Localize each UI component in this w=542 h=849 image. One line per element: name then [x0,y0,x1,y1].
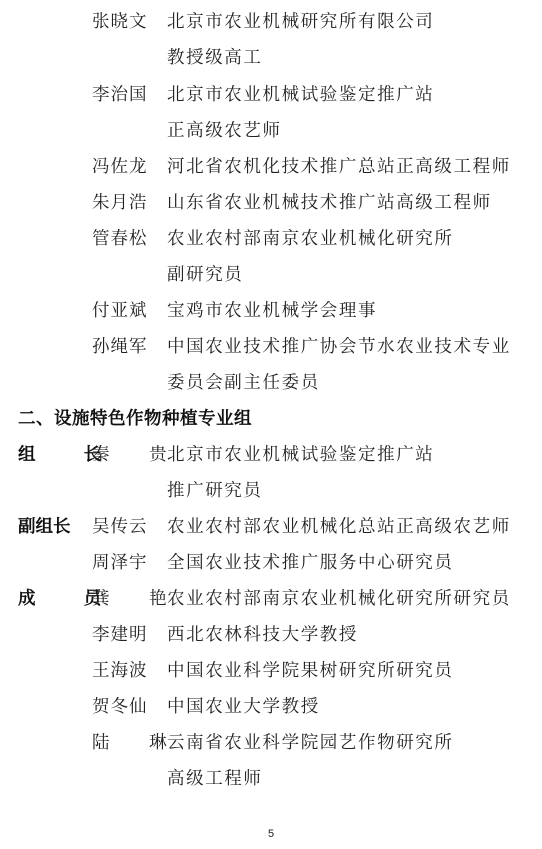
member-affiliation: 高级工程师 [167,761,263,797]
section-heading: 二、设施特色作物种植专业组 [18,401,252,437]
member-name: 冯佐龙 [92,149,162,185]
leader-affiliation: 推广研究员 [167,473,263,509]
member-affiliation: 西北农林科技大学教授 [167,617,358,653]
member-affiliation: 云南省农业科学院园艺作物研究所 [167,725,454,761]
member-affiliation: 委员会副主任委员 [167,365,320,401]
member-affiliation: 副研究员 [167,257,243,293]
member-name: 朱月浩 [92,185,162,221]
member-name: 付亚斌 [92,293,162,329]
deputy-name: 吴传云 [92,509,162,545]
deputy-affiliation: 农业农村部农业机械化总站正高级农艺师 [167,509,511,545]
role-label-deputy: 副组长 [18,509,96,545]
member-name: 李治国 [92,77,162,113]
member-affiliation: 正高级农艺师 [167,113,282,149]
member-affiliation: 教授级高工 [167,40,263,76]
member-name: 贺冬仙 [92,689,162,725]
role-label-members: 成 员 [18,581,96,617]
member-name: 王海波 [92,653,162,689]
member-affiliation: 中国农业科学院果树研究所研究员 [167,653,454,689]
member-affiliation: 中国农业技术推广协会节水农业技术专业 [167,329,511,365]
member-name: 李建明 [92,617,162,653]
member-affiliation: 农业农村部南京农业机械化研究所研究员 [167,581,511,617]
member-name: 管春松 [92,221,162,257]
member-name: 陆 琳 [92,725,162,761]
member-affiliation: 宝鸡市农业机械学会理事 [167,293,377,329]
deputy-affiliation: 全国农业技术推广服务中心研究员 [167,545,454,581]
member-affiliation: 北京市农业机械研究所有限公司 [167,4,434,40]
member-name: 龚 艳 [92,581,162,617]
member-affiliation: 中国农业大学教授 [167,689,320,725]
deputy-name: 周泽宇 [92,545,162,581]
page-number: 5 [0,828,542,840]
leader-name: 秦 贵 [92,437,162,473]
role-label-leader: 组 长 [18,437,96,473]
member-name: 孙绳军 [92,329,162,365]
member-affiliation: 河北省农机化技术推广总站正高级工程师 [167,149,511,185]
member-affiliation: 北京市农业机械试验鉴定推广站 [167,77,434,113]
member-name: 张晓文 [92,4,162,40]
leader-affiliation: 北京市农业机械试验鉴定推广站 [167,437,434,473]
member-affiliation: 山东省农业机械技术推广站高级工程师 [167,185,492,221]
member-affiliation: 农业农村部南京农业机械化研究所 [167,221,454,257]
